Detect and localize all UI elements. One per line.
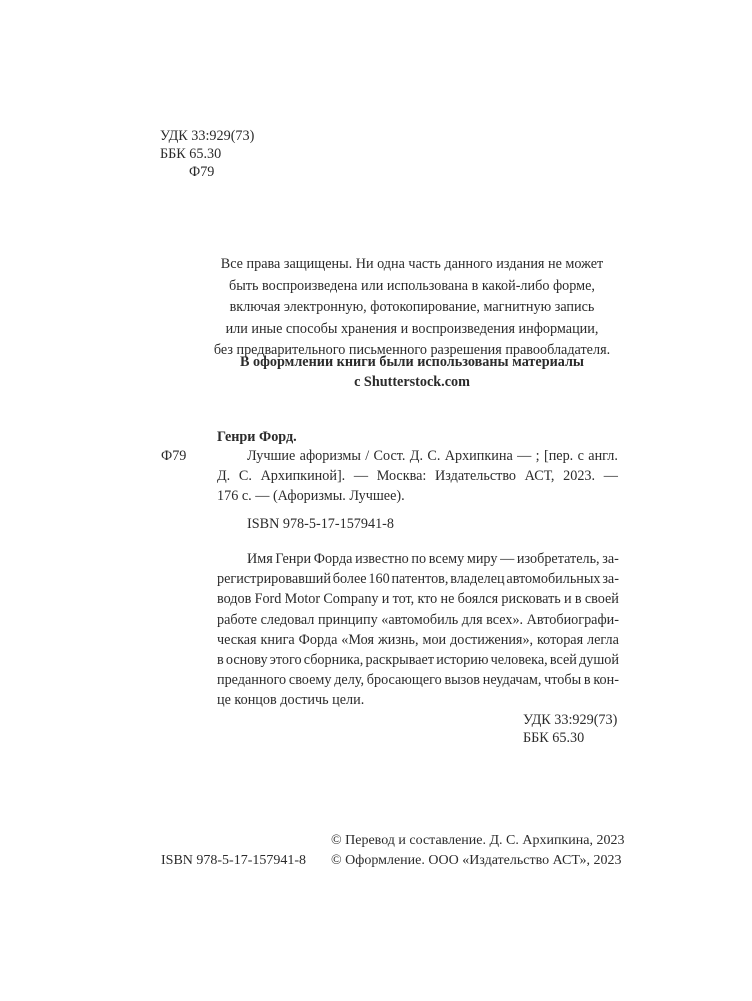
biblio-line: 176 с. — (Афоризмы. Лучшее). xyxy=(217,486,618,506)
word: ; xyxy=(536,446,540,466)
word: [пер. xyxy=(544,446,573,466)
word: Автобиографи- xyxy=(527,610,619,630)
word: Д. xyxy=(410,446,423,466)
word: автомобильных xyxy=(506,569,600,589)
word: в xyxy=(575,589,582,609)
word: известно xyxy=(355,549,409,569)
rights-line: быть воспроизведена или использована в к… xyxy=(200,276,624,298)
word: АСТ, xyxy=(525,466,555,486)
word: жизнь, xyxy=(378,630,419,650)
word: в xyxy=(584,670,591,690)
word: ческая xyxy=(217,630,257,650)
word: Company xyxy=(323,589,378,609)
word: миру xyxy=(467,549,498,569)
annotation-line: регистрировавшийболее160патентов,владеле… xyxy=(217,569,619,589)
word: — xyxy=(500,549,514,569)
word: тот, xyxy=(393,589,415,609)
word: более xyxy=(333,569,367,589)
word: раскрывает xyxy=(366,650,435,670)
word: этого xyxy=(270,650,302,670)
credit-line: с Shutterstock.com xyxy=(200,372,624,392)
word: 176 с. — (Афоризмы. Лучшее). xyxy=(217,486,405,506)
copyright-block: © Перевод и составление. Д. С. Архипкина… xyxy=(331,831,625,871)
word: принципу xyxy=(318,610,378,630)
word: С. xyxy=(239,466,252,486)
annotation-line: работеследовалпринципу«автомобильдлявсех… xyxy=(217,610,619,630)
word: 2023. xyxy=(563,466,595,486)
word: всему xyxy=(429,549,464,569)
word: вызов xyxy=(444,670,480,690)
word: бросающего xyxy=(367,670,442,690)
annotation-line: це концов достичь цели. xyxy=(217,690,619,710)
bibliographic-description: Лучшиеафоризмы/Сост.Д.С.Архипкина—;[пер.… xyxy=(217,446,618,506)
word: владелец xyxy=(450,569,504,589)
rights-line: или иные способы хранения и воспроизведе… xyxy=(200,319,624,341)
word: за- xyxy=(602,569,619,589)
word: всех». xyxy=(486,610,523,630)
word: работе xyxy=(217,610,257,630)
word: водов xyxy=(217,589,251,609)
annotation-line: ческаякнигаФорда«Мояжизнь,моидостижения»… xyxy=(217,630,619,650)
annotation-line: восновуэтогосборника,раскрываетисториюче… xyxy=(217,650,619,670)
word: преданного xyxy=(217,670,286,690)
word: Издательство xyxy=(435,466,516,486)
word: Архипкиной]. xyxy=(261,466,346,486)
word: в xyxy=(217,650,224,670)
word: всей xyxy=(550,650,577,670)
udk-code: УДК 33:929(73) xyxy=(523,711,617,729)
word: за- xyxy=(602,549,619,569)
word: «Моя xyxy=(341,630,374,650)
classification-top: УДК 33:929(73) ББК 65.30 Ф79 xyxy=(160,127,254,181)
footer-isbn: ISBN 978-5-17-157941-8 xyxy=(161,851,306,871)
rights-line: Все права защищены. Ни одна часть данног… xyxy=(200,254,624,276)
word: Motor xyxy=(285,589,320,609)
word: 160 xyxy=(368,569,389,589)
annotation: ИмяГенриФордаизвестноповсемумиру—изобрет… xyxy=(217,549,619,711)
word: не xyxy=(441,589,455,609)
word: Лучшие xyxy=(247,446,295,466)
word: Форда xyxy=(314,549,353,569)
word: Ford xyxy=(255,589,282,609)
word: англ. xyxy=(588,446,618,466)
word: / xyxy=(365,446,369,466)
word: Генри xyxy=(275,549,311,569)
word: боялся xyxy=(458,589,498,609)
word: регистрировавший xyxy=(217,569,331,589)
word: Архипкина xyxy=(445,446,513,466)
word: с xyxy=(578,446,584,466)
word: рисковать xyxy=(501,589,560,609)
word: и xyxy=(564,589,572,609)
word: С. xyxy=(427,446,440,466)
author-mark: Ф79 xyxy=(160,163,254,181)
image-credit: В оформлении книги были использованы мат… xyxy=(200,352,624,392)
word: — xyxy=(354,466,368,486)
word: историю xyxy=(436,650,488,670)
udk-code: УДК 33:929(73) xyxy=(160,127,254,145)
word: патентов, xyxy=(391,569,448,589)
word: по xyxy=(411,549,426,569)
annotation-line: водовFordMotorCompanyитот,ктонебоялсярис… xyxy=(217,589,619,609)
word: своей xyxy=(585,589,619,609)
word: легла xyxy=(587,630,619,650)
credit-line: В оформлении книги были использованы мат… xyxy=(200,352,624,372)
word: Форда xyxy=(299,630,338,650)
word: для xyxy=(462,610,483,630)
word: Москва: xyxy=(377,466,427,486)
rights-line: включая электронную, фотокопирование, ма… xyxy=(200,297,624,319)
biblio-line: Д.С.Архипкиной].—Москва:ИздательствоАСТ,… xyxy=(217,466,618,486)
word: следовал xyxy=(261,610,315,630)
rights-notice: Все права защищены. Ни одна часть данног… xyxy=(200,254,624,362)
biblio-line: Лучшиеафоризмы/Сост.Д.С.Архипкина—;[пер.… xyxy=(217,446,618,466)
word: мои xyxy=(422,630,446,650)
biblio-author-mark: Ф79 xyxy=(161,446,186,466)
bbk-code: ББК 65.30 xyxy=(523,729,617,747)
classification-bottom: УДК 33:929(73) ББК 65.30 xyxy=(523,711,617,747)
annotation-line: преданногосвоемуделу,бросающеговызовнеуд… xyxy=(217,670,619,690)
copyright-translation: © Перевод и составление. Д. С. Архипкина… xyxy=(331,831,625,851)
word: кто xyxy=(417,589,437,609)
word: достижения», xyxy=(450,630,533,650)
word: делу, xyxy=(334,670,364,690)
copyright-design: © Оформление. ООО «Издательство АСТ», 20… xyxy=(331,851,625,871)
word: которая xyxy=(537,630,583,650)
bbk-code: ББК 65.30 xyxy=(160,145,254,163)
word: душой xyxy=(579,650,619,670)
word: и xyxy=(382,589,390,609)
isbn: ISBN 978-5-17-157941-8 xyxy=(247,514,394,534)
word: це концов достичь цели. xyxy=(217,690,364,710)
word: «автомобиль xyxy=(381,610,458,630)
word: Д. xyxy=(217,466,230,486)
word: — xyxy=(517,446,531,466)
author-heading: Генри Форд. xyxy=(217,427,297,447)
word: основу xyxy=(226,650,268,670)
annotation-line: ИмяГенриФордаизвестноповсемумиру—изобрет… xyxy=(217,549,619,569)
word: изобретатель, xyxy=(517,549,600,569)
word: чтобы xyxy=(544,670,581,690)
word: сборника, xyxy=(304,650,364,670)
word: — xyxy=(604,466,618,486)
word: кон- xyxy=(593,670,619,690)
word: своему xyxy=(289,670,332,690)
word: книга xyxy=(261,630,295,650)
word: неудачам, xyxy=(483,670,542,690)
word: афоризмы xyxy=(300,446,361,466)
word: человека, xyxy=(491,650,548,670)
word: Сост. xyxy=(374,446,406,466)
word: Имя xyxy=(247,549,273,569)
